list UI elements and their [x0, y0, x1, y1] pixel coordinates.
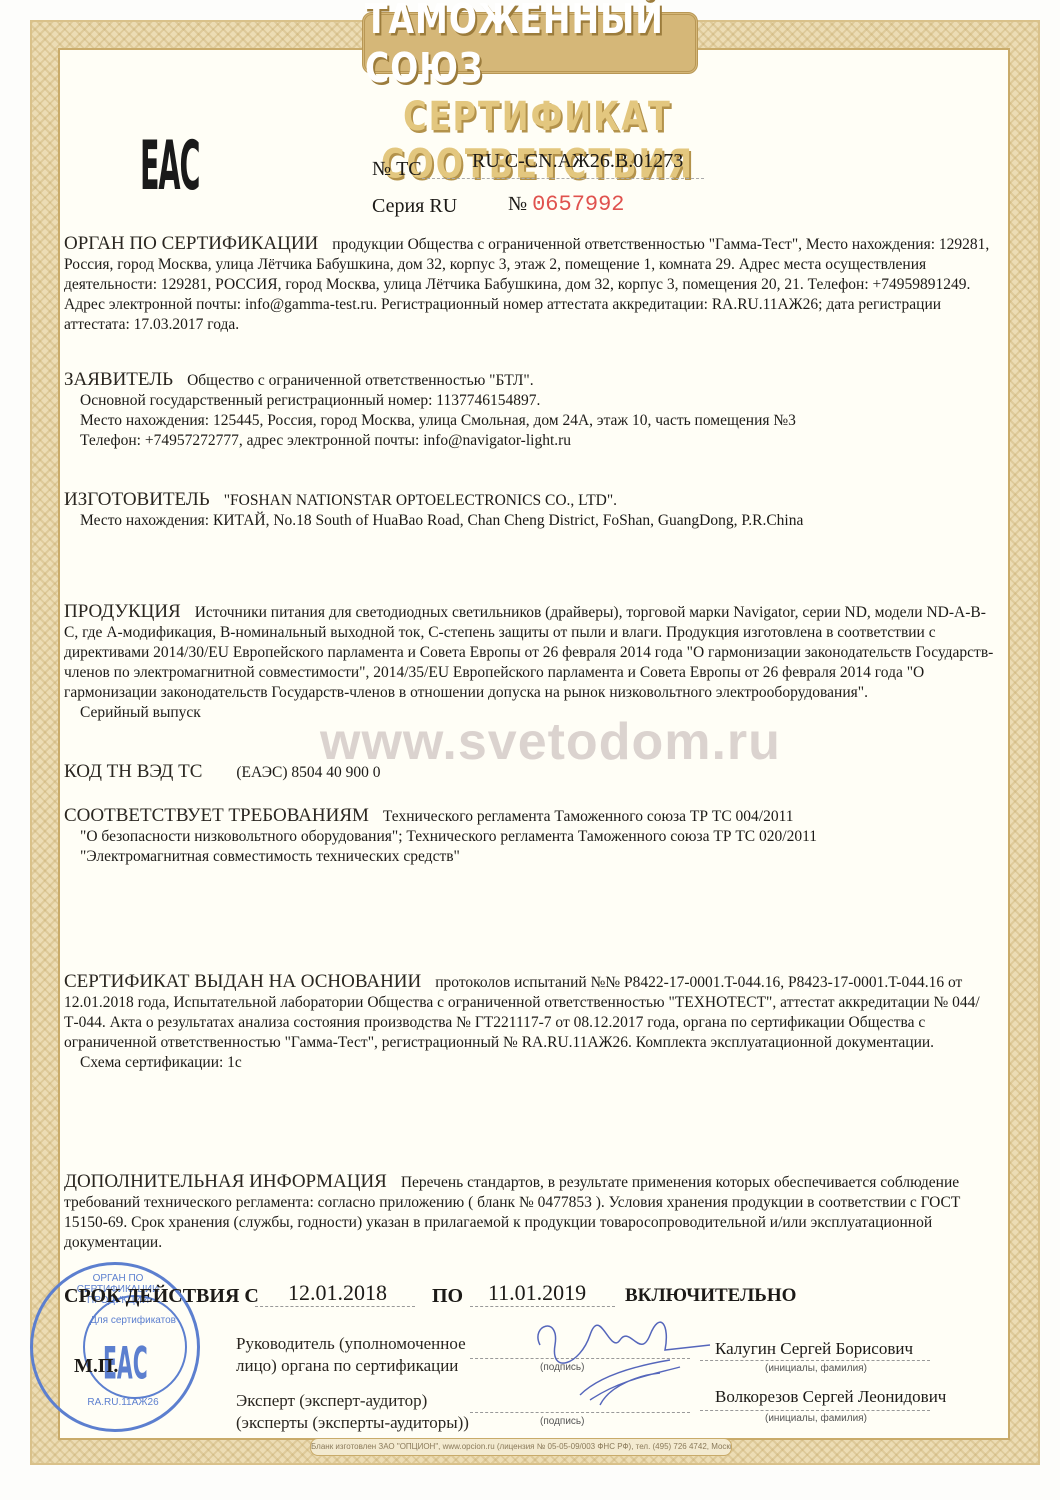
applicant-name: Общество с ограниченной ответственностью… — [187, 372, 534, 389]
requirements-line: "О безопасности низковольтного оборудова… — [64, 827, 999, 847]
manufacturer-name: "FOSHAN NATIONSTAR OPTOELECTRONICS CO., … — [224, 492, 617, 509]
signature-icon — [520, 1305, 720, 1415]
expert-label-line: Эксперт (эксперт-аудитор) — [236, 1390, 469, 1412]
validity-to-date: 11.01.2019 — [488, 1280, 586, 1306]
head-label-line: лицо) органа по сертификации — [236, 1355, 466, 1377]
name-line — [700, 1360, 930, 1361]
validity-to-label: ПО — [432, 1285, 463, 1308]
stamp-reg-number: RA.RU.11АЖ26 — [73, 1397, 173, 1408]
validity-from-label: СРОК ДЕЙСТВИЯ С — [64, 1285, 259, 1308]
customs-union-badge: ТАМОЖЕННЫЙ СОЮЗ — [362, 12, 698, 74]
certification-scheme: Схема сертификации: 1с — [64, 1053, 999, 1073]
stamp-inner-text: Для сертификатов — [88, 1315, 178, 1326]
validity-from-date: 12.01.2018 — [288, 1280, 387, 1306]
name-caption: (инициалы, фамилия) — [765, 1413, 867, 1424]
section-heading: ДОПОЛНИТЕЛЬНАЯ ИНФОРМАЦИЯ — [64, 1171, 387, 1192]
seal-place-label: М.П. — [74, 1355, 118, 1378]
name-line — [700, 1410, 930, 1411]
section-heading: ОРГАН ПО СЕРТИФИКАЦИИ — [64, 233, 318, 254]
section-applicant: ЗАЯВИТЕЛЬОбщество с ограниченной ответст… — [64, 370, 964, 451]
section-requirements: СООТВЕТСТВУЕТ ТРЕБОВАНИЯМТехнического ре… — [64, 806, 999, 867]
series-label: Серия RU — [372, 195, 457, 218]
date-line — [255, 1306, 415, 1307]
section-heading: КОД ТН ВЭД ТС — [64, 761, 202, 782]
applicant-contacts: Телефон: +74957272777, адрес электронной… — [64, 431, 964, 451]
series-number-block: № 0657992 — [508, 192, 625, 217]
head-label-line: Руководитель (уполномоченное — [236, 1333, 466, 1355]
head-label: Руководитель (уполномоченное лицо) орган… — [236, 1333, 466, 1377]
section-additional-info: ДОПОЛНИТЕЛЬНАЯ ИНФОРМАЦИЯПеречень станда… — [64, 1172, 999, 1253]
customs-union-label: ТАМОЖЕННЫЙ СОЮЗ — [365, 0, 695, 92]
hs-code-value: (ЕАЭС) 8504 40 900 0 — [236, 764, 380, 781]
section-certification-body: ОРГАН ПО СЕРТИФИКАЦИИпродукции Общества … — [64, 234, 999, 335]
section-manufacturer: ИЗГОТОВИТЕЛЬ"FOSHAN NATIONSTAR OPTOELECT… — [64, 490, 964, 531]
expert-label-line: (эксперты (эксперты-аудиторы)) — [236, 1412, 469, 1434]
product-text: Источники питания для светодиодных свети… — [64, 604, 993, 701]
applicant-ogrn: Основной государственный регистрационный… — [64, 391, 964, 411]
section-hs-code: КОД ТН ВЭД ТС(ЕАЭС) 8504 40 900 0 — [64, 762, 381, 783]
section-heading: ПРОДУКЦИЯ — [64, 601, 181, 622]
section-heading: ИЗГОТОВИТЕЛЬ — [64, 489, 210, 510]
tc-number: RU C-CN.АЖ26.B.01273 — [472, 150, 683, 173]
expert-label: Эксперт (эксперт-аудитор) (эксперты (экс… — [236, 1390, 469, 1434]
manufacturer-address: Место нахождения: КИТАЙ, No.18 South of … — [64, 511, 964, 531]
tc-number-label: № ТС — [372, 158, 422, 181]
section-heading: ЗАЯВИТЕЛЬ — [64, 369, 173, 390]
section-heading: СООТВЕТСТВУЕТ ТРЕБОВАНИЯМ — [64, 805, 369, 826]
watermark: www.svetodom.ru — [320, 712, 781, 772]
name-caption: (инициалы, фамилия) — [765, 1363, 867, 1374]
series-no-label: № — [508, 193, 527, 215]
section-product: ПРОДУКЦИЯИсточники питания для светодиод… — [64, 602, 999, 723]
head-name: Калугин Сергей Борисович — [715, 1339, 913, 1359]
eac-logo: ЕАС — [140, 128, 199, 206]
expert-name: Волкорезов Сергей Леонидович — [715, 1387, 946, 1407]
validity-inclusive-label: ВКЛЮЧИТЕЛЬНО — [625, 1285, 796, 1307]
signature-caption: (подпись) — [540, 1416, 584, 1427]
form-printer-footer: Бланк изготовлен ЗАО "ОПЦИОН", www.opcio… — [310, 1438, 732, 1456]
section-basis: СЕРТИФИКАТ ВЫДАН НА ОСНОВАНИИпротоколов … — [64, 972, 999, 1073]
series-number: 0657992 — [532, 192, 624, 217]
applicant-address: Место нахождения: 125445, Россия, город … — [64, 411, 964, 431]
requirements-text: Технического регламента Таможенного союз… — [383, 808, 794, 825]
tc-underline — [422, 178, 704, 179]
section-heading: СЕРТИФИКАТ ВЫДАН НА ОСНОВАНИИ — [64, 971, 421, 992]
requirements-line: "Электромагнитная совместимость техничес… — [64, 847, 999, 867]
